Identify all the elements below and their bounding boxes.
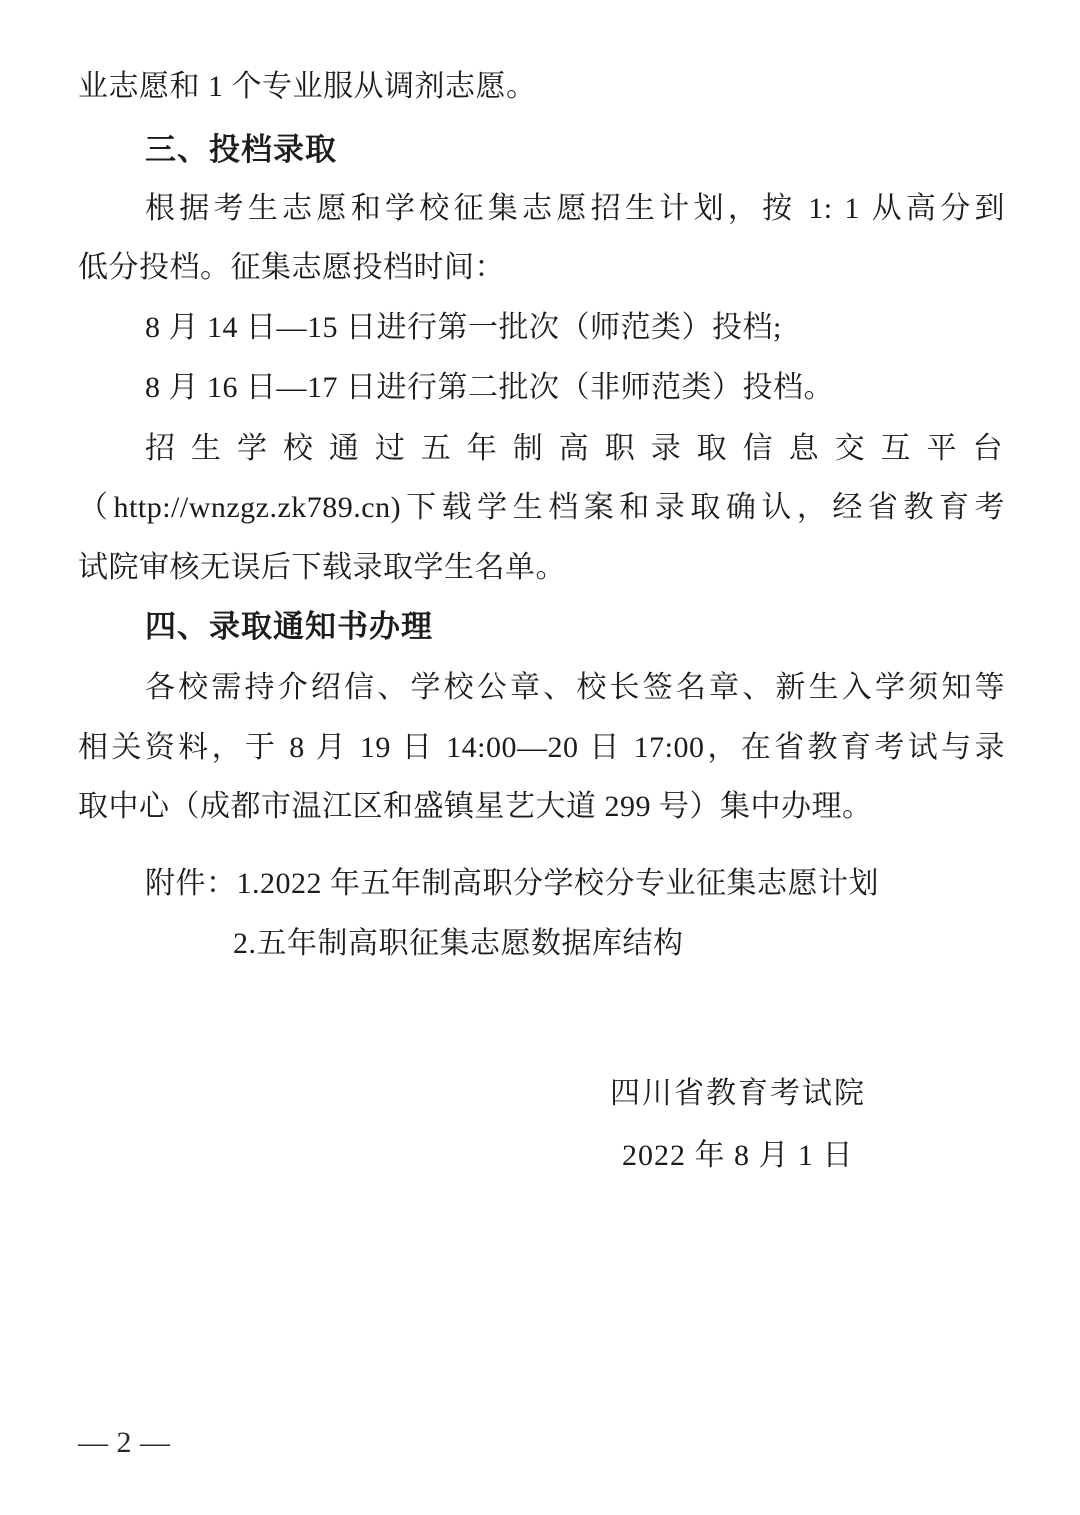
section4-heading: 四、录取通知书办理 — [145, 608, 433, 645]
section3-body-line-1: 根据考生志愿和学校征集志愿招生计划，按 1: 1 从高分到 — [145, 190, 1005, 227]
signature-org: 四川省教育考试院 — [610, 1075, 866, 1112]
section3-schedule-line-batch1: 8 月 14 日—15 日进行第一批次（师范类）投档; — [145, 309, 782, 346]
section3-body-line-last: 试院审核无误后下载录取学生名单。 — [78, 549, 566, 586]
section3-body-line-2: 低分投档。征集志愿投档时间： — [78, 249, 505, 286]
section3-url-line: （http://wnzgz.zk789.cn)下载学生档案和录取确认，经省教育考 — [78, 489, 1005, 526]
section4-body-line-2: 相关资料，于 8 月 19 日 14:00—20 日 17:00，在省教育考试与… — [78, 729, 1005, 766]
page-number: — 2 — — [78, 1424, 171, 1461]
signature-date: 2022 年 8 月 1 日 — [622, 1137, 854, 1174]
section4-body-line-3: 取中心（成都市温江区和盛镇星艺大道 299 号）集中办理。 — [78, 788, 873, 825]
attachment-line-2: 2.五年制高职征集志愿数据库结构 — [233, 925, 684, 962]
paragraph-continuation-line: 业志愿和 1 个专业服从调剂志愿。 — [78, 68, 537, 105]
section4-body-line-1: 各校需持介绍信、学校公章、校长签名章、新生入学须知等 — [145, 669, 1005, 706]
section3-schedule-line-batch2: 8 月 16 日—17 日进行第二批次（非师范类）投档。 — [145, 369, 834, 406]
document-page: 业志愿和 1 个专业服从调剂志愿。 三、投档录取 根据考生志愿和学校征集志愿招生… — [0, 0, 1080, 1515]
section3-heading: 三、投档录取 — [145, 131, 337, 168]
attachment-line-1: 附件：1.2022 年五年制高职分学校分专业征集志愿计划 — [145, 865, 879, 902]
section3-platform-line: 招生学校通过五年制高职录取信息交互平台 — [145, 430, 1003, 467]
